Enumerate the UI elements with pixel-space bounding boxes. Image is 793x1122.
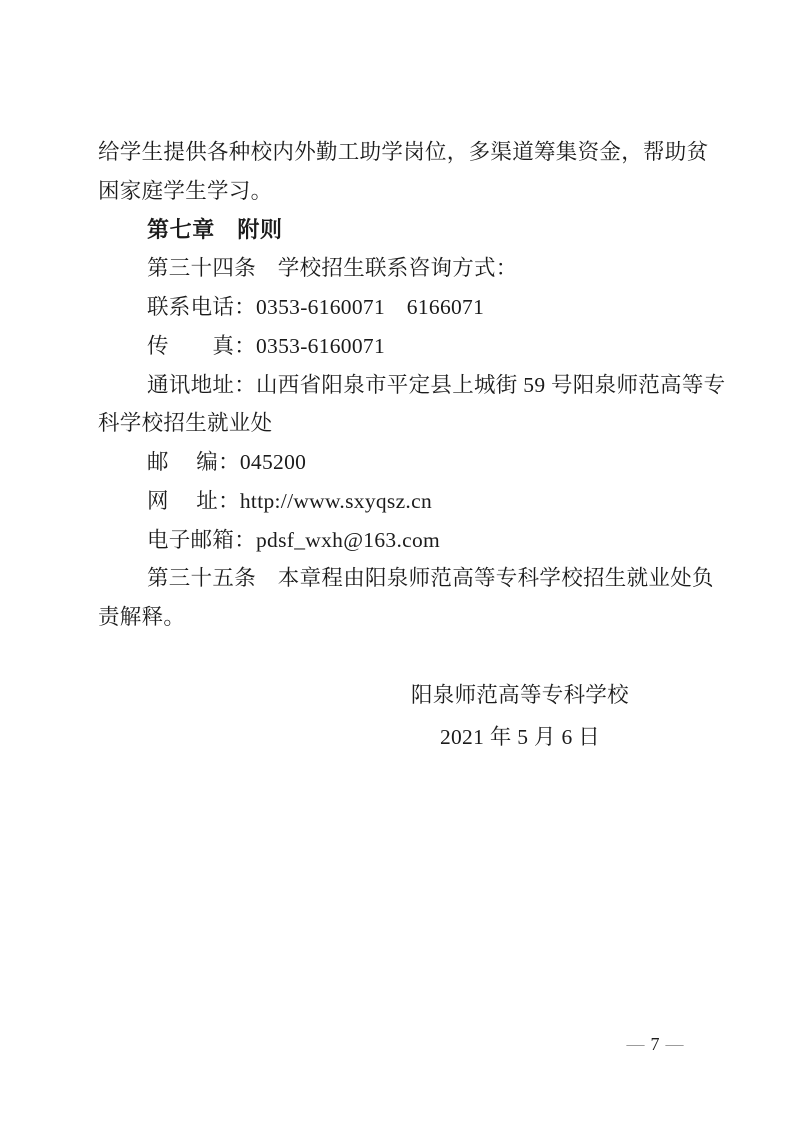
contact-phone-line: 联系电话：0353-6160071 6166071	[98, 288, 738, 327]
website-line: 网 址：http://www.sxyqsz.cn	[98, 482, 738, 521]
footer-dash-left: —	[627, 1034, 645, 1054]
postal-code-line: 邮 编：045200	[98, 443, 738, 482]
address-line-2: 科学校招生就业处	[98, 404, 738, 443]
document-body: 给学生提供各种校内外勤工助学岗位，多渠道筹集资金，帮助贫 困家庭学生学习。 第七…	[98, 133, 738, 637]
body-line-continuation-1: 给学生提供各种校内外勤工助学岗位，多渠道筹集资金，帮助贫	[98, 133, 738, 172]
article-34-line: 第三十四条 学校招生联系咨询方式：	[98, 249, 738, 288]
document-page: 给学生提供各种校内外勤工助学岗位，多渠道筹集资金，帮助贫 困家庭学生学习。 第七…	[0, 0, 793, 1122]
email-line: 电子邮箱：pdsf_wxh@163.com	[98, 521, 738, 560]
signature-date: 2021 年 5 月 6 日	[340, 716, 700, 758]
fax-line: 传 真：0353-6160071	[98, 327, 738, 366]
body-line-continuation-2: 困家庭学生学习。	[98, 172, 738, 211]
article-35-line-2: 责解释。	[98, 598, 738, 637]
address-line-1: 通讯地址：山西省阳泉市平定县上城街 59 号阳泉师范高等专	[98, 366, 738, 405]
footer-page-number: 7	[651, 1034, 660, 1054]
signature-block: 阳泉师范高等专科学校 2021 年 5 月 6 日	[340, 674, 700, 758]
footer-dash-right: —	[666, 1034, 684, 1054]
signature-school-name: 阳泉师范高等专科学校	[340, 674, 700, 716]
article-35-line-1: 第三十五条 本章程由阳泉师范高等专科学校招生就业处负	[98, 559, 738, 598]
page-footer: —7—	[586, 1005, 706, 1031]
chapter-7-heading: 第七章 附则	[98, 211, 738, 250]
